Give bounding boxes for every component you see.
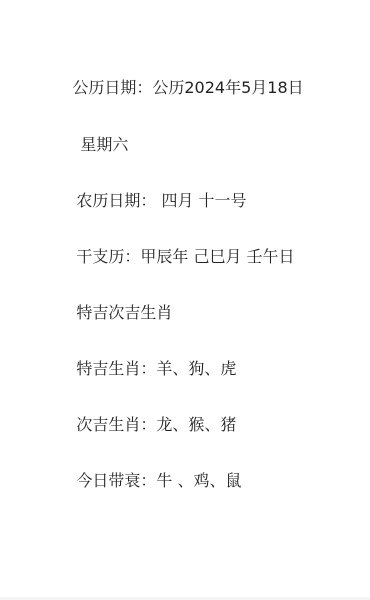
zodiac-heading: 特吉次吉生肖 <box>56 283 172 343</box>
weekday-value: 星期六 <box>80 135 128 154</box>
best-zodiac-line: 特吉生肖：羊、狗、虎 <box>56 339 236 399</box>
unlucky-zodiac-line: 今日带衰：牛 、鸡、鼠 <box>56 451 241 511</box>
solar-date-label: 公历日期： <box>72 78 152 97</box>
solar-date-line: 公历日期：公历2024年5月18日 <box>52 58 304 118</box>
zodiac-heading-text: 特吉次吉生肖 <box>76 303 172 322</box>
good-zodiac-label: 次吉生肖： <box>76 415 156 434</box>
ganzhi-line: 干支历：甲辰年 己巳月 壬午日 <box>56 227 295 287</box>
lunar-date-label: 农历日期： <box>76 191 156 210</box>
unlucky-zodiac-label: 今日带衰： <box>76 471 156 490</box>
lunar-date-line: 农历日期： 四月 十一号 <box>56 171 247 231</box>
weekday-line: 星期六 <box>60 115 128 175</box>
ganzhi-label: 干支历： <box>76 247 140 266</box>
solar-date-value: 公历2024年5月18日 <box>152 78 303 97</box>
good-zodiac-line: 次吉生肖：龙、猴、猪 <box>56 395 236 455</box>
ganzhi-value: 甲辰年 己巳月 壬午日 <box>140 247 294 266</box>
best-zodiac-label: 特吉生肖： <box>76 359 156 378</box>
unlucky-zodiac-value: 牛 、鸡、鼠 <box>156 471 241 490</box>
good-zodiac-value: 龙、猴、猪 <box>156 415 236 434</box>
best-zodiac-value: 羊、狗、虎 <box>156 359 236 378</box>
lunar-date-value: 四月 十一号 <box>156 191 246 210</box>
